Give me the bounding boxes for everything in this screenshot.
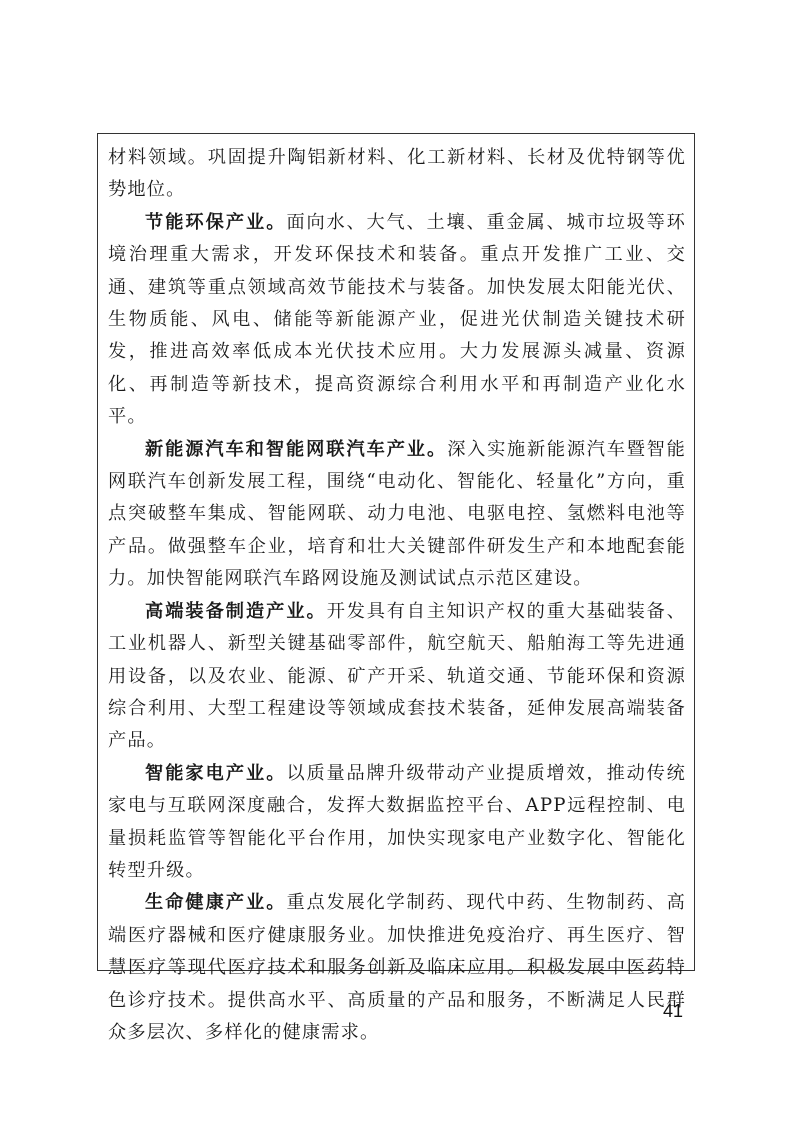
page-number: 41 [663,1001,683,1022]
paragraph-text: 开发具有自主知识产权的重大基础装备、工业机器人、新型关键基础零部件，航空航天、船… [108,601,686,752]
paragraph-text: 深入实施新能源汽车暨智能网联汽车创新发展工程，围绕“电动化、智能化、轻量化”方向… [108,439,686,590]
paragraph-text: 面向水、大气、土壤、重金属、城市垃圾等环境治理重大需求，开发环保技术和装备。重点… [108,212,686,427]
paragraph-high-end-equipment: 高端装备制造产业。开发具有自主知识产权的重大基础装备、工业机器人、新型关键基础零… [108,596,686,758]
paragraph-heading: 节能环保产业。 [145,212,286,233]
paragraph-heading: 新能源汽车和智能网联汽车产业。 [145,439,447,460]
paragraph-energy-saving-environmental: 节能环保产业。面向水、大气、土壤、重金属、城市垃圾等环境治理重大需求，开发环保技… [108,207,686,434]
paragraph-heading: 智能家电产业。 [145,763,286,784]
text-box-frame: 材料领域。巩固提升陶铝新材料、化工新材料、长材及优特钢等优势地位。 节能环保产业… [97,133,695,971]
paragraph-heading: 生命健康产业。 [145,892,286,913]
paragraph-text: 重点发展化学制药、现代中药、生物制药、高端医疗器械和医疗健康服务业。加快推进免疫… [108,892,686,1043]
paragraph-continuation: 材料领域。巩固提升陶铝新材料、化工新材料、长材及优特钢等优势地位。 [108,142,686,207]
paragraph-life-health: 生命健康产业。重点发展化学制药、现代中药、生物制药、高端医疗器械和医疗健康服务业… [108,887,686,1049]
text-box-content: 材料领域。巩固提升陶铝新材料、化工新材料、长材及优特钢等优势地位。 节能环保产业… [108,142,686,1049]
paragraph-smart-appliances: 智能家电产业。以质量品牌升级带动产业提质增效，推动传统家电与互联网深度融合，发挥… [108,758,686,888]
paragraph-text: 材料领域。巩固提升陶铝新材料、化工新材料、长材及优特钢等优势地位。 [108,147,686,200]
paragraph-new-energy-vehicles: 新能源汽车和智能网联汽车产业。深入实施新能源汽车暨智能网联汽车创新发展工程，围绕… [108,434,686,596]
paragraph-heading: 高端装备制造产业。 [145,601,327,622]
